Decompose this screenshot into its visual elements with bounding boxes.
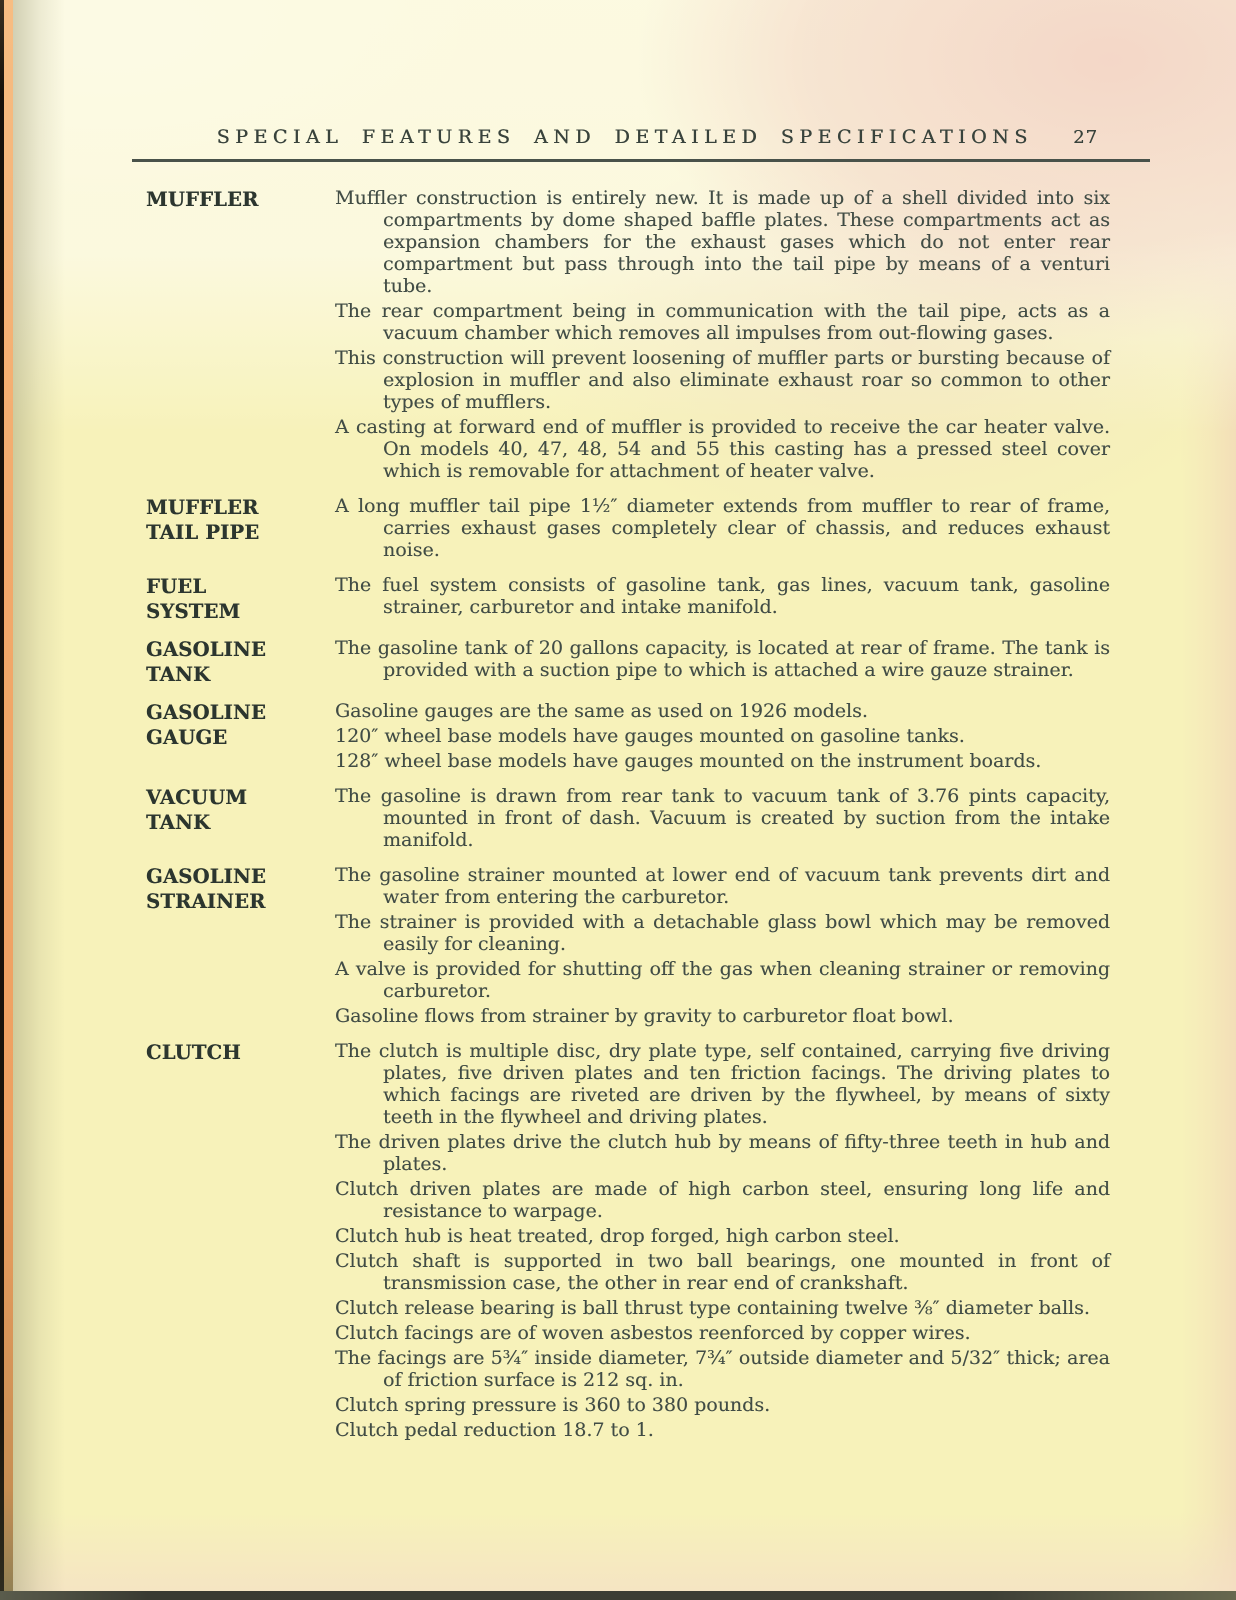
section-body: The clutch is multiple disc, dry plate t…: [335, 1040, 1110, 1441]
paragraph: 120″ wheel base models have gauges mount…: [335, 725, 1110, 747]
section-heading-label: GASOLINE STRAINER: [146, 864, 272, 914]
paragraph: A long muffler tail pipe 1½″ diameter ex…: [335, 495, 1110, 561]
section-body: The gasoline strainer mounted at lower e…: [335, 864, 1110, 1027]
paragraph: Muffler construction is entirely new. It…: [335, 187, 1110, 297]
paragraph: The gasoline is drawn from rear tank to …: [335, 785, 1110, 851]
section-heading-label: GASOLINE GAUGE: [146, 700, 272, 750]
section-heading-label: CLUTCH: [146, 1040, 272, 1065]
section-heading-label: MUFFLER TAIL PIPE: [146, 495, 272, 545]
paragraph: Gasoline flows from strainer by gravity …: [335, 1005, 1110, 1027]
book-spine-orange-edge: [4, 0, 13, 1600]
spine-shadow-gradient: [13, 0, 65, 1600]
section-heading: CLUTCH: [132, 1040, 335, 1441]
paragraph: The rear compartment being in communicat…: [335, 300, 1110, 344]
paragraph: Clutch release bearing is ball thrust ty…: [335, 1297, 1110, 1319]
paragraph: Clutch pedal reduction 18.7 to 1.: [335, 1419, 1110, 1441]
paragraph: A valve is provided for shutting off the…: [335, 958, 1110, 1002]
page-bottom-edge: [0, 1591, 1236, 1600]
section-muffler: MUFFLER Muffler construction is entirely…: [132, 187, 1150, 482]
section-body: The fuel system consists of gasoline tan…: [335, 574, 1110, 624]
paragraph: A casting at forward end of muffler is p…: [335, 416, 1110, 482]
section-muffler-tail-pipe: MUFFLER TAIL PIPE A long muffler tail pi…: [132, 495, 1150, 561]
paragraph: The strainer is provided with a detachab…: [335, 911, 1110, 955]
page-number: 27: [1073, 127, 1098, 148]
paragraph: The gasoline strainer mounted at lower e…: [335, 864, 1110, 908]
section-heading: FUEL SYSTEM: [132, 574, 335, 624]
paragraph: Clutch shaft is supported in two ball be…: [335, 1250, 1110, 1294]
page-content: SPECIAL FEATURES AND DETAILED SPECIFICAT…: [132, 126, 1150, 1454]
paragraph: Clutch facings are of woven asbestos ree…: [335, 1322, 1110, 1344]
section-heading: VACUUM TANK: [132, 785, 335, 851]
paragraph: This construction will prevent loosening…: [335, 347, 1110, 413]
section-heading: MUFFLER: [132, 187, 335, 482]
section-heading-label: FUEL SYSTEM: [146, 574, 272, 624]
section-gasoline-strainer: GASOLINE STRAINER The gasoline strainer …: [132, 864, 1150, 1027]
section-heading: GASOLINE TANK: [132, 637, 335, 687]
paragraph: The gasoline tank of 20 gallons capacity…: [335, 637, 1110, 681]
paragraph: Gasoline gauges are the same as used on …: [335, 700, 1110, 722]
section-vacuum-tank: VACUUM TANK The gasoline is drawn from r…: [132, 785, 1150, 851]
paragraph: The fuel system consists of gasoline tan…: [335, 574, 1110, 618]
section-body: A long muffler tail pipe 1½″ diameter ex…: [335, 495, 1110, 561]
section-heading: MUFFLER TAIL PIPE: [132, 495, 335, 561]
paragraph: Clutch hub is heat treated, drop forged,…: [335, 1225, 1110, 1247]
paragraph: Clutch driven plates are made of high ca…: [335, 1178, 1110, 1222]
paragraph: The clutch is multiple disc, dry plate t…: [335, 1040, 1110, 1128]
paragraph: Clutch spring pressure is 360 to 380 pou…: [335, 1394, 1110, 1416]
section-gasoline-gauge: GASOLINE GAUGE Gasoline gauges are the s…: [132, 700, 1150, 772]
section-body: The gasoline tank of 20 gallons capacity…: [335, 637, 1110, 687]
section-fuel-system: FUEL SYSTEM The fuel system consists of …: [132, 574, 1150, 624]
paragraph: The driven plates drive the clutch hub b…: [335, 1131, 1110, 1175]
page-title: SPECIAL FEATURES AND DETAILED SPECIFICAT…: [217, 126, 1033, 148]
paragraph: 128″ wheel base models have gauges mount…: [335, 750, 1110, 772]
section-heading-label: GASOLINE TANK: [146, 637, 272, 687]
section-body: Gasoline gauges are the same as used on …: [335, 700, 1110, 772]
section-body: The gasoline is drawn from rear tank to …: [335, 785, 1110, 851]
section-heading-label: MUFFLER: [146, 187, 272, 212]
section-heading: GASOLINE STRAINER: [132, 864, 335, 1027]
section-gasoline-tank: GASOLINE TANK The gasoline tank of 20 ga…: [132, 637, 1150, 687]
paragraph: The facings are 5¾″ inside diameter, 7¾″…: [335, 1347, 1110, 1391]
section-body: Muffler construction is entirely new. It…: [335, 187, 1110, 482]
section-heading: GASOLINE GAUGE: [132, 700, 335, 772]
section-clutch: CLUTCH The clutch is multiple disc, dry …: [132, 1040, 1150, 1441]
section-heading-label: VACUUM TANK: [146, 785, 272, 835]
page-header: SPECIAL FEATURES AND DETAILED SPECIFICAT…: [132, 126, 1150, 162]
specifications-list: MUFFLER Muffler construction is entirely…: [132, 187, 1150, 1441]
